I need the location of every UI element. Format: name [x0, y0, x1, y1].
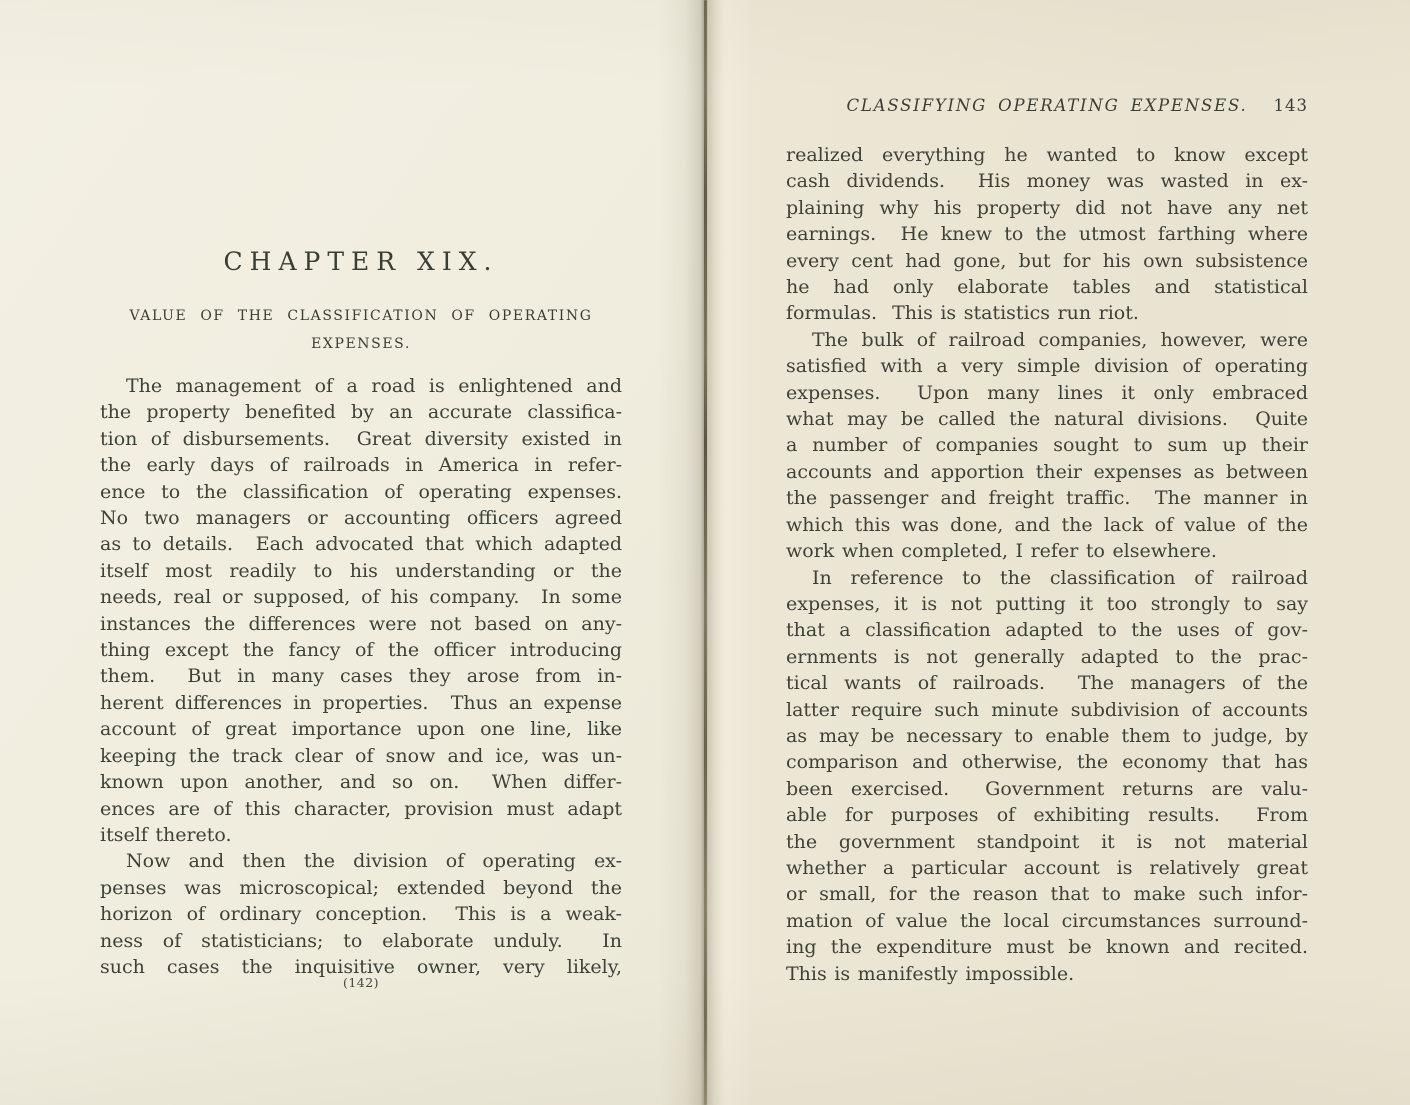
text-line: ence to the classification of operating … [100, 479, 622, 505]
text-line: the property benefited by an accurate cl… [100, 399, 622, 425]
text-line: keeping the track clear of snow and ice,… [100, 743, 622, 769]
text-line: or small, for the reason that to make su… [786, 881, 1308, 907]
left-page-body: The management of a road is enlightened … [100, 373, 622, 980]
text-line: known upon another, and so on. When diff… [100, 769, 622, 795]
text-line: itself most readily to his understanding… [100, 558, 622, 584]
text-line: In reference to the classification of ra… [786, 565, 1308, 591]
text-line: comparison and otherwise, the economy th… [786, 749, 1308, 775]
text-line: earnings. He knew to the utmost farthing… [786, 221, 1308, 247]
text-line: whether a particular account is relative… [786, 855, 1308, 881]
book-scan: CHAPTER XIX. VALUE OF THE CLASSIFICATION… [0, 0, 1410, 1105]
text-line: a number of companies sought to sum up t… [786, 432, 1308, 458]
text-line: them. But in many cases they arose from … [100, 663, 622, 689]
left-page-number: (142) [100, 975, 622, 990]
text-line: The bulk of railroad companies, however,… [786, 327, 1308, 353]
paragraph: realized everything he wanted to know ex… [786, 142, 1308, 327]
text-line: the early days of railroads in America i… [100, 452, 622, 478]
text-line: formulas. This is statistics run riot. [786, 300, 1308, 326]
text-line: thing except the fancy of the officer in… [100, 637, 622, 663]
text-line: expenses. Upon many lines it only embrac… [786, 380, 1308, 406]
text-line: No two managers or accounting officers a… [100, 505, 622, 531]
text-line: instances the differences were not based… [100, 611, 622, 637]
text-line: he had only elaborate tables and statist… [786, 274, 1308, 300]
subheading-line-1: VALUE OF THE CLASSIFICATION OF OPERATING [100, 302, 622, 330]
running-header-title: CLASSIFYING OPERATING EXPENSES. [786, 96, 1308, 115]
text-line: as may be necessary to enable them to ju… [786, 723, 1308, 749]
text-line: plaining why his property did not have a… [786, 195, 1308, 221]
text-line: accounts and apportion their expenses as… [786, 459, 1308, 485]
text-line: ing the expenditure must be known and re… [786, 934, 1308, 960]
right-page-body: realized everything he wanted to know ex… [786, 142, 1308, 987]
text-line: penses was microscopical; extended beyon… [100, 875, 622, 901]
text-line: tical wants of railroads. The managers o… [786, 670, 1308, 696]
subheading-line-2: EXPENSES. [100, 330, 622, 358]
right-page-column: CLASSIFYING OPERATING EXPENSES. 143 real… [786, 0, 1308, 1105]
text-line: itself thereto. [100, 822, 622, 848]
text-line: herent differences in properties. Thus a… [100, 690, 622, 716]
text-line: the government standpoint it is not mate… [786, 829, 1308, 855]
left-page: CHAPTER XIX. VALUE OF THE CLASSIFICATION… [0, 0, 706, 1105]
text-line: ences are of this character, provision m… [100, 796, 622, 822]
text-line: realized everything he wanted to know ex… [786, 142, 1308, 168]
text-line: able for purposes of exhibiting results.… [786, 802, 1308, 828]
left-page-column: CHAPTER XIX. VALUE OF THE CLASSIFICATION… [100, 0, 622, 1105]
paragraph: The management of a road is enlightened … [100, 373, 622, 848]
text-line: that a classification adapted to the use… [786, 617, 1308, 643]
text-line: mation of value the local circumstances … [786, 908, 1308, 934]
text-line: ness of statisticians; to elaborate undu… [100, 928, 622, 954]
text-line: which this was done, and the lack of val… [786, 512, 1308, 538]
text-line: Now and then the division of operating e… [100, 848, 622, 874]
text-line: expenses, it is not putting it too stron… [786, 591, 1308, 617]
text-line: ernments is not generally adapted to the… [786, 644, 1308, 670]
paragraph: In reference to the classification of ra… [786, 565, 1308, 988]
chapter-heading: CHAPTER XIX. [100, 247, 622, 276]
text-line: been exercised. Government returns are v… [786, 776, 1308, 802]
text-line: as to details. Each advocated that which… [100, 531, 622, 557]
text-line: the passenger and freight traffic. The m… [786, 485, 1308, 511]
text-line: needs, real or supposed, of his company.… [100, 584, 622, 610]
text-line: horizon of ordinary conception. This is … [100, 901, 622, 927]
right-page: CLASSIFYING OPERATING EXPENSES. 143 real… [706, 0, 1410, 1105]
text-line: what may be called the natural divisions… [786, 406, 1308, 432]
text-line: every cent had gone, but for his own sub… [786, 248, 1308, 274]
chapter-subheading: VALUE OF THE CLASSIFICATION OF OPERATING… [100, 302, 622, 358]
text-line: latter require such minute subdivision o… [786, 697, 1308, 723]
text-line: account of great importance upon one lin… [100, 716, 622, 742]
text-line: satisfied with a very simple division of… [786, 353, 1308, 379]
right-page-number: 143 [1274, 96, 1309, 115]
text-line: This is manifestly impossible. [786, 961, 1308, 987]
paragraph: The bulk of railroad companies, however,… [786, 327, 1308, 565]
running-header: CLASSIFYING OPERATING EXPENSES. 143 [786, 96, 1308, 120]
text-line: work when completed, I refer to elsewher… [786, 538, 1308, 564]
text-line: cash dividends. His money was wasted in … [786, 168, 1308, 194]
text-line: tion of disbursements. Great diversity e… [100, 426, 622, 452]
text-line: The management of a road is enlightened … [100, 373, 622, 399]
paragraph: Now and then the division of operating e… [100, 848, 622, 980]
